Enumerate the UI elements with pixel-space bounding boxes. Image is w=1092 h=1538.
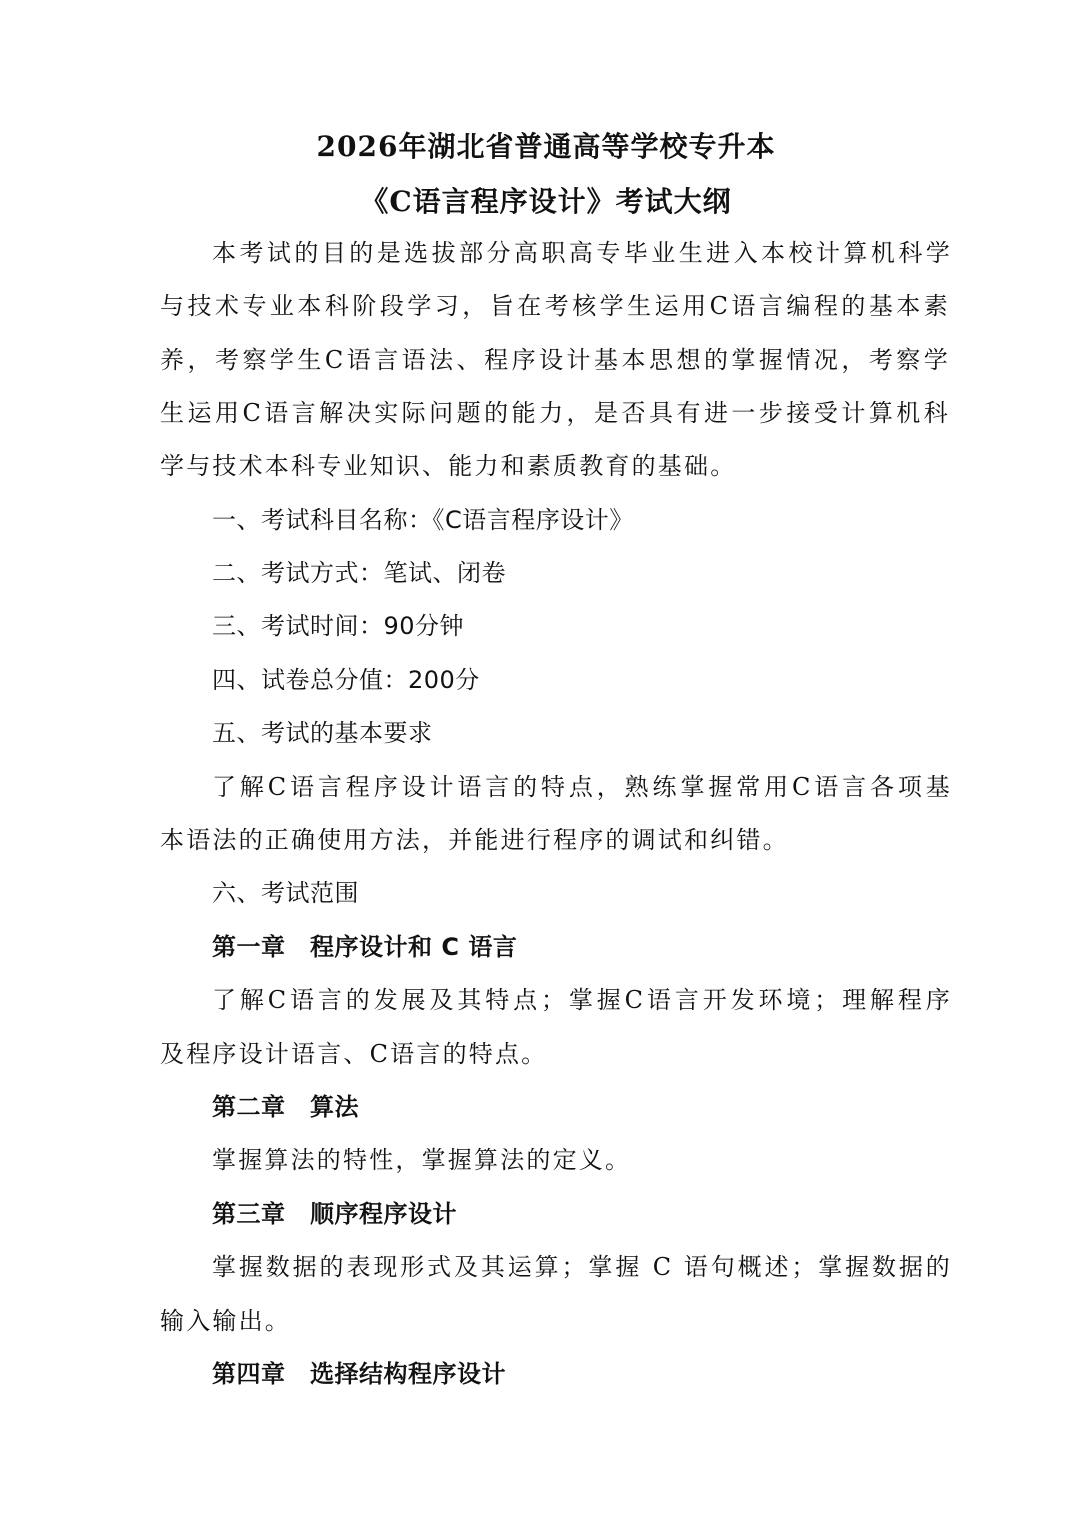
intro-line-5: 学与技术本科专业知识、能力和素质教育的基础。 [160, 450, 950, 482]
intro-line-3: 养，考察学生C语言语法、程序设计基本思想的掌握情况，考察学 [160, 344, 950, 376]
chapter-4-heading: 第四章 选择结构程序设计 [212, 1358, 952, 1390]
section-exam-format: 二、考试方式：笔试、闭卷 [212, 557, 952, 589]
section-total-score: 四、试卷总分值：200分 [212, 664, 952, 696]
intro-line-4: 生运用C语言解决实际问题的能力，是否具有进一步接受计算机科 [160, 397, 950, 429]
section-subject-name: 一、考试科目名称：《C语言程序设计》 [212, 504, 952, 536]
intro-line-1: 本考试的目的是选拔部分高职高专毕业生进入本校计算机科学 [212, 237, 952, 269]
chapter-3-line-2: 输入输出。 [160, 1305, 950, 1337]
chapter-3-heading: 第三章 顺序程序设计 [212, 1198, 952, 1230]
section-basic-requirements: 五、考试的基本要求 [212, 717, 952, 749]
chapter-2-line-1: 掌握算法的特性，掌握算法的定义。 [212, 1144, 952, 1176]
chapter-1-line-2: 及程序设计语言、C语言的特点。 [160, 1038, 950, 1070]
requirements-line-2: 本语法的正确使用方法，并能进行程序的调试和纠错。 [160, 824, 950, 856]
chapter-1-line-1: 了解C语言的发展及其特点；掌握C语言开发环境；理解程序 [212, 984, 952, 1016]
document-title-line1: 2026年湖北省普通高等学校专升本 [0, 129, 1092, 165]
section-exam-duration: 三、考试时间：90分钟 [212, 610, 952, 642]
chapter-1-heading: 第一章 程序设计和 C 语言 [212, 931, 952, 963]
section-exam-scope: 六、考试范围 [212, 877, 952, 909]
document-title-line2: 《C语言程序设计》考试大纲 [0, 184, 1092, 220]
chapter-2-heading: 第二章 算法 [212, 1091, 952, 1123]
requirements-line-1: 了解C语言程序设计语言的特点，熟练掌握常用C语言各项基 [212, 771, 952, 803]
document-page: 2026年湖北省普通高等学校专升本 《C语言程序设计》考试大纲 本考试的目的是选… [0, 0, 1092, 1538]
chapter-3-line-1: 掌握数据的表现形式及其运算；掌握 C 语句概述；掌握数据的 [212, 1251, 952, 1283]
intro-line-2: 与技术专业本科阶段学习，旨在考核学生运用C语言编程的基本素 [160, 290, 950, 322]
